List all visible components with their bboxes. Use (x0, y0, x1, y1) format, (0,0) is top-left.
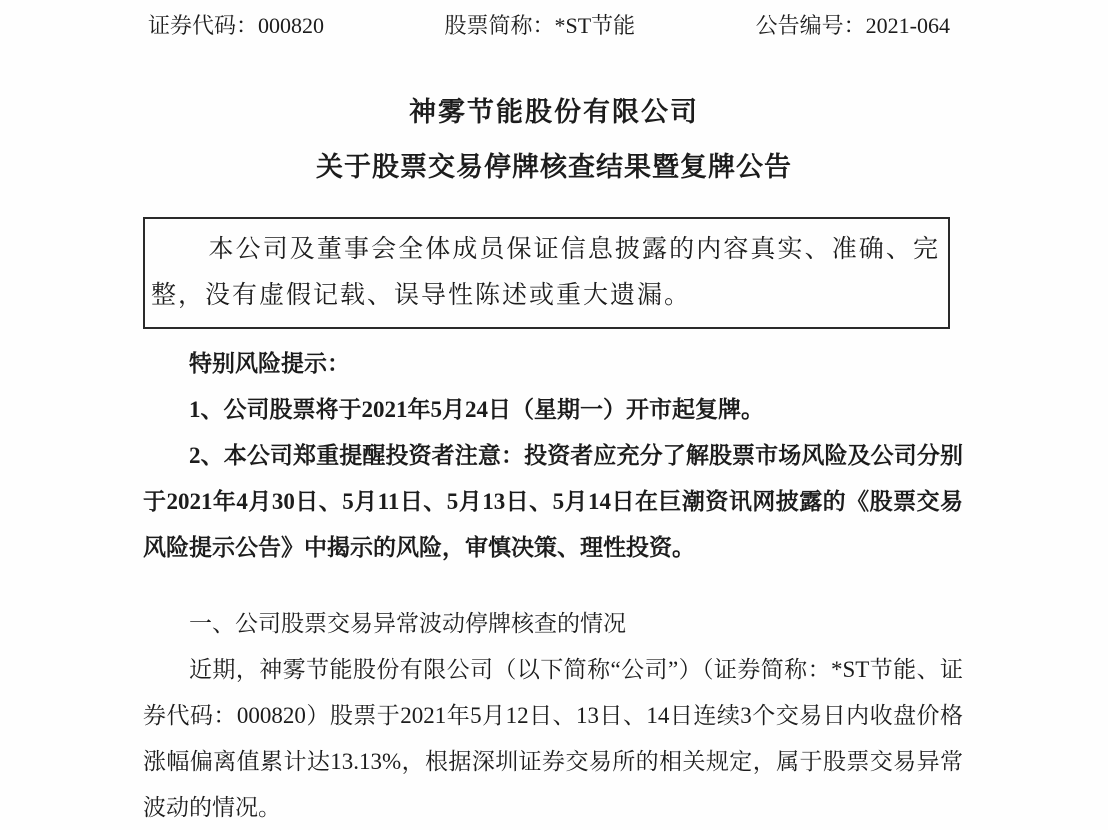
risk-item-1: 1、公司股票将于2021年5月24日（星期一）开市起复牌。 (143, 387, 963, 433)
section-1-heading: 一、公司股票交易异常波动停牌核查的情况 (143, 601, 963, 647)
disclaimer-box: 本公司及董事会全体成员保证信息披露的内容真实、准确、完整，没有虚假记载、误导性陈… (143, 217, 950, 329)
risk-item-2: 2、本公司郑重提醒投资者注意：投资者应充分了解股票市场风险及公司分别于2021年… (143, 433, 963, 571)
special-risk-heading: 特别风险提示： (143, 341, 963, 387)
document-header: 证券代码：000820 股票简称：*ST节能 公告编号：2021-064 (148, 13, 950, 39)
announcement-page: 证券代码：000820 股票简称：*ST节能 公告编号：2021-064 神雾节… (0, 0, 1108, 830)
stock-code-label: 证券代码：000820 (148, 13, 324, 39)
section-1-paragraph: 近期，神雾节能股份有限公司（以下简称“公司”）（证券简称：*ST节能、证券代码：… (143, 647, 963, 830)
company-name-title: 神雾节能股份有限公司 (0, 95, 1108, 129)
disclaimer-text: 本公司及董事会全体成员保证信息披露的内容真实、准确、完整，没有虚假记载、误导性陈… (151, 227, 940, 319)
announcement-title: 关于股票交易停牌核查结果暨复牌公告 (0, 150, 1108, 184)
stock-abbr-label: 股票简称：*ST节能 (445, 13, 636, 39)
announcement-number-label: 公告编号：2021-064 (756, 13, 950, 39)
